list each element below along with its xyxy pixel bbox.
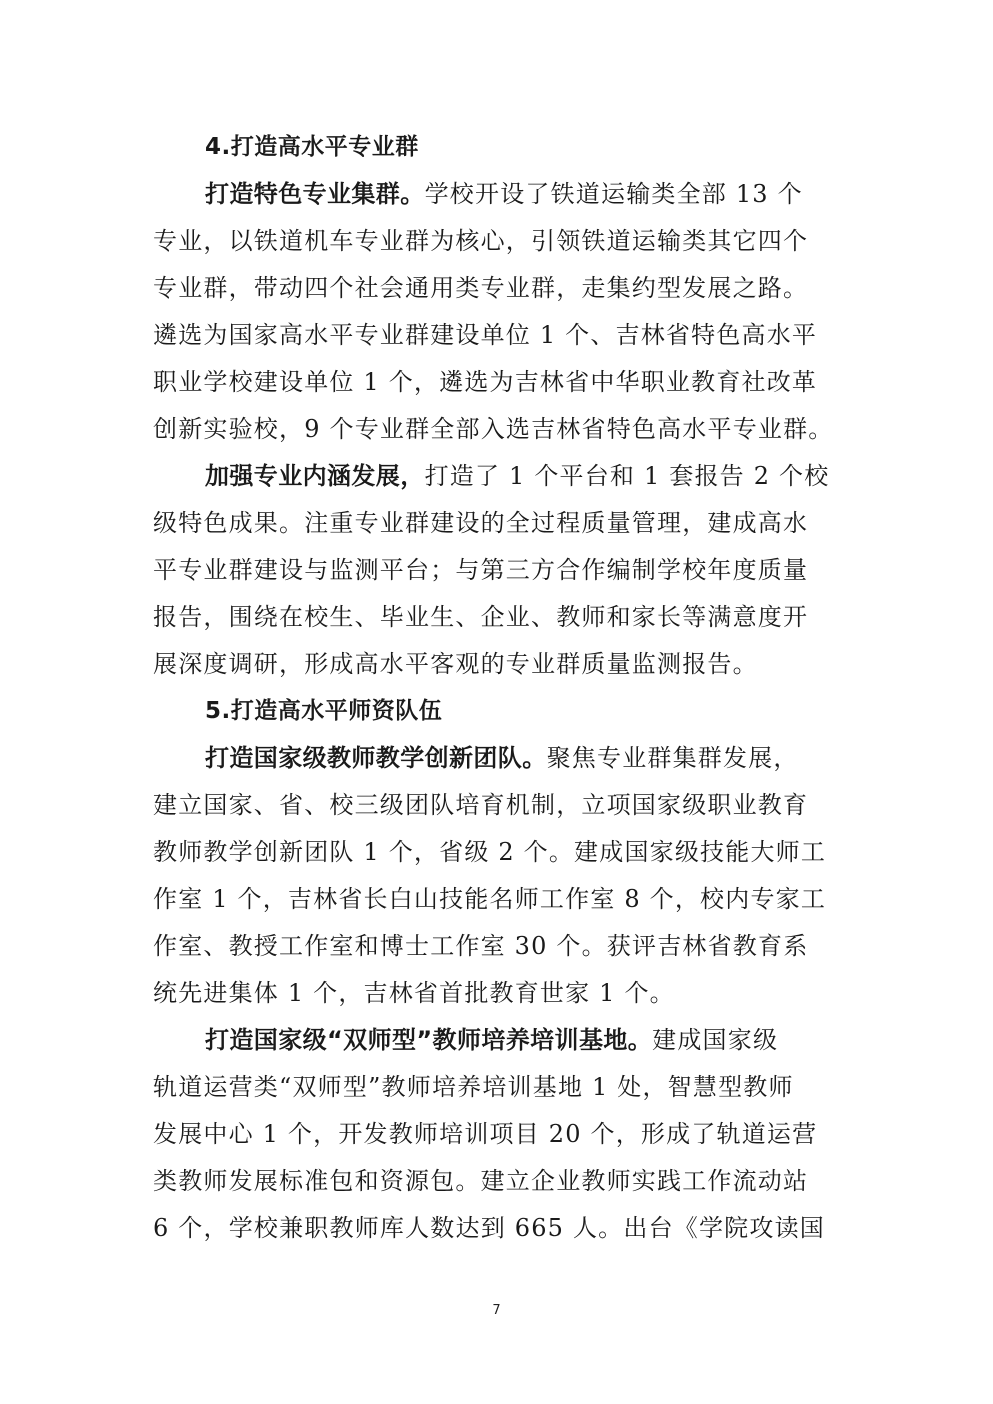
paragraph-line: 加强专业内涵发展，打造了 1 个平台和 1 套报告 2 个校 bbox=[153, 453, 845, 500]
paragraph-line: 专业群，带动四个社会通用类专业群，走集约型发展之路。 bbox=[153, 265, 845, 312]
paragraph-line: 统先进集体 1 个，吉林省首批教育世家 1 个。 bbox=[153, 970, 845, 1017]
paragraph-line: 作室 1 个，吉林省长白山技能名师工作室 8 个，校内专家工 bbox=[153, 876, 845, 923]
paragraph-line: 创新实验校，9 个专业群全部入选吉林省特色高水平专业群。 bbox=[153, 406, 845, 453]
paragraph-text: 学校开设了铁道运输类全部 13 个 bbox=[425, 180, 803, 208]
paragraph-text: 打造了 1 个平台和 1 套报告 2 个校 bbox=[425, 462, 830, 490]
paragraph-line: 报告，围绕在校生、毕业生、企业、教师和家长等满意度开 bbox=[153, 594, 845, 641]
paragraph-line: 发展中心 1 个，开发教师培训项目 20 个，形成了轨道运营 bbox=[153, 1111, 845, 1158]
paragraph-line: 建立国家、省、校三级团队培育机制，立项国家级职业教育 bbox=[153, 782, 845, 829]
paragraph-line: 类教师发展标准包和资源包。建立企业教师实践工作流动站 bbox=[153, 1158, 845, 1205]
paragraph-line: 打造国家级“双师型”教师培养培训基地。建成国家级 bbox=[153, 1017, 845, 1064]
paragraph-lead: 加强专业内涵发展， bbox=[205, 462, 425, 490]
paragraph-lead: 打造国家级教师教学创新团队。 bbox=[205, 744, 547, 772]
paragraph-lead: 打造特色专业集群。 bbox=[205, 180, 425, 208]
section-heading-4: 4.打造高水平专业群 bbox=[153, 124, 845, 171]
paragraph-line: 展深度调研，形成高水平客观的专业群质量监测报告。 bbox=[153, 641, 845, 688]
paragraph-line: 打造特色专业集群。学校开设了铁道运输类全部 13 个 bbox=[153, 171, 845, 218]
paragraph-lead: 打造国家级“双师型”教师培养培训基地。 bbox=[205, 1026, 652, 1054]
paragraph-line: 遴选为国家高水平专业群建设单位 1 个、吉林省特色高水平 bbox=[153, 312, 845, 359]
paragraph-line: 级特色成果。注重专业群建设的全过程质量管理，建成高水 bbox=[153, 500, 845, 547]
section-heading-5: 5.打造高水平师资队伍 bbox=[153, 688, 845, 735]
paragraph-line: 打造国家级教师教学创新团队。聚焦专业群集群发展， bbox=[153, 735, 845, 782]
paragraph-line: 作室、教授工作室和博士工作室 30 个。获评吉林省教育系 bbox=[153, 923, 845, 970]
paragraph-line: 职业学校建设单位 1 个，遴选为吉林省中华职业教育社改革 bbox=[153, 359, 845, 406]
paragraph-text: 建成国家级 bbox=[652, 1026, 778, 1054]
paragraph-line: 轨道运营类“双师型”教师培养培训基地 1 处，智慧型教师 bbox=[153, 1064, 845, 1111]
paragraph-line: 教师教学创新团队 1 个，省级 2 个。建成国家级技能大师工 bbox=[153, 829, 845, 876]
document-page: 4.打造高水平专业群 打造特色专业集群。学校开设了铁道运输类全部 13 个 专业… bbox=[153, 124, 845, 1252]
paragraph-line: 平专业群建设与监测平台；与第三方合作编制学校年度质量 bbox=[153, 547, 845, 594]
page-number: 7 bbox=[0, 1303, 993, 1318]
paragraph-line: 专业，以铁道机车专业群为核心，引领铁道运输类其它四个 bbox=[153, 218, 845, 265]
paragraph-text: 聚焦专业群集群发展， bbox=[547, 744, 799, 772]
paragraph-line: 6 个，学校兼职教师库人数达到 665 人。出台《学院攻读国 bbox=[153, 1205, 845, 1252]
